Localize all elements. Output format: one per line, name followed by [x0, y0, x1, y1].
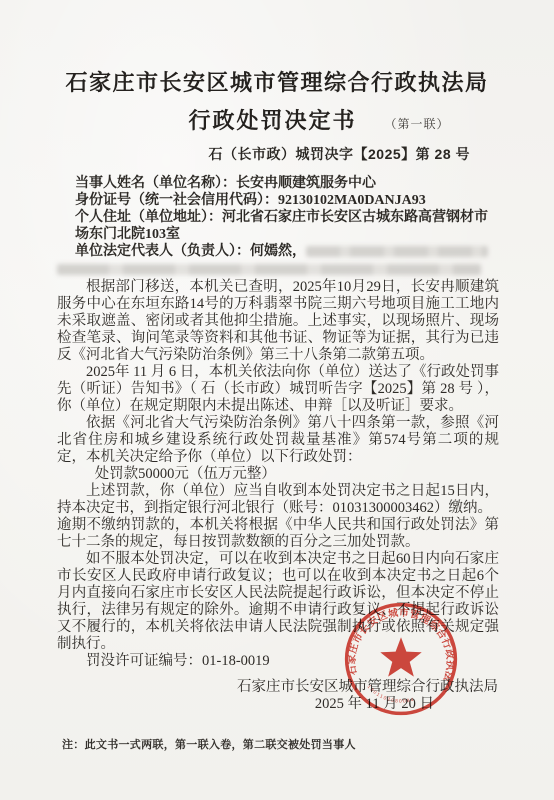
legal-representative-line: 单位法定代表人（负责人）：何嫣然，	[75, 243, 498, 260]
paragraph-fine-amount: 处罚款50000元（伍万元整）	[57, 466, 499, 483]
paragraph-notice: 2025年 11 月 6 日，本机关依法向你（单位）送达了《行政处罚事先（听证）…	[57, 364, 499, 415]
copy-distribution-note: 注：此文书一式两联，第一联入卷，第二联交被处罚当事人	[62, 736, 554, 752]
decision-body: 根据部门移送，本机关已查明，2025年10月29日，长安冉顺建筑服务中心在东垣东…	[57, 279, 499, 670]
document-number: 石（长市政）城罚决字【2025】第 28 号	[0, 144, 554, 164]
paragraph-payment: 上述罚款，你（单位）应当自收到本处罚决定书之日起15日内，持本决定书，到指定银行…	[57, 483, 499, 517]
issue-date: 2025 年 11 月 20 日	[0, 696, 498, 713]
party-name-line: 当事人姓名（单位名称）：长安冉顺建筑服务中心	[75, 175, 498, 192]
document-title-row: 行政处罚决定书 （第一联）	[84, 104, 554, 135]
paragraph-appeal-rights: 如不服本处罚决定，可以在收到本决定书之日起60日内向石家庄市长安区人民政府申请行…	[57, 551, 499, 653]
issuing-agency: 石家庄市长安区城市管理综合行政执法局	[0, 679, 498, 696]
penalty-decision-document: 石家庄市长安区城市管理综合行政执法局 行政处罚决定书 （第一联） 石（长市政）城…	[0, 0, 554, 800]
party-info-block: 当事人姓名（单位名称）：长安冉顺建筑服务中心 身份证号（统一社会信用代码）：92…	[75, 175, 498, 275]
paragraph-late-penalty: 逾期不缴纳罚款的，本机关将根据《中华人民共和国行政处罚法》第七十二条的规定，每日…	[57, 517, 499, 551]
agency-title: 石家庄市长安区城市管理综合行政执法局	[0, 66, 554, 97]
redacted-line	[57, 264, 481, 275]
paragraph-license-number: 罚没许可证编号：01-18-0019	[57, 653, 499, 670]
paragraph-basis: 依据《河北省大气污染防治条例》第八十四条第一款，参照《河北省住房和城乡建设系统行…	[57, 415, 499, 466]
credit-code-line: 身份证号（统一社会信用代码）：92130102MA0DANJA93	[75, 192, 498, 209]
paragraph-facts: 根据部门移送，本机关已查明，2025年10月29日，长安冉顺建筑服务中心在东垣东…	[57, 279, 499, 364]
document-title: 行政处罚决定书	[188, 104, 356, 135]
signature-block: 石家庄市长安区城市管理综合行政执法局 2025 年 11 月 20 日	[0, 679, 498, 713]
copy-label: （第一联）	[385, 115, 450, 132]
address-line: 个人住址（单位地址）：河北省石家庄市长安区古城东路高营钢材市场东门北院103室	[75, 209, 498, 243]
redacted-text	[306, 246, 488, 257]
legal-representative-label: 单位法定代表人（负责人）：何嫣然，	[75, 244, 306, 259]
